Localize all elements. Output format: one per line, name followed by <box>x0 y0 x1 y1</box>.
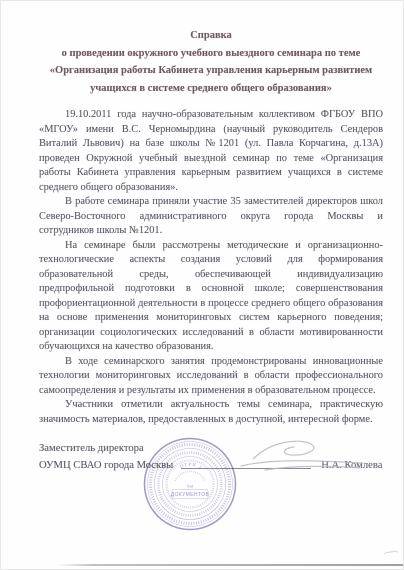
handwritten-signature <box>237 435 369 477</box>
title-line-4: учащихся в системе среднего общего образ… <box>39 80 383 98</box>
scanned-document-page: Справка о проведении окружного учебного … <box>0 0 404 570</box>
paragraph-topics: На семинаре были рассмотрены методически… <box>39 239 383 355</box>
official-round-stamp: ОГРН 1 для ДОКУМЕНТОВ <box>137 431 243 537</box>
stamp-seal-icon: ОГРН 1 для ДОКУМЕНТОВ <box>137 431 243 537</box>
signature-ink-icon <box>237 435 369 477</box>
document-body: 19.10.2011 года научно-образовательным к… <box>39 108 383 427</box>
stamp-center-label-small: для <box>187 484 193 489</box>
paragraph-seminar-held: 19.10.2011 года научно-образовательным к… <box>39 108 383 195</box>
scan-page-edge-line <box>57 564 403 566</box>
scan-smudge-mark <box>383 544 399 552</box>
title-line-3: «Организация работы Кабинета управления … <box>39 62 383 80</box>
stamp-center-label: ДОКУМЕНТОВ <box>171 492 210 498</box>
paragraph-demonstrations: В ходе семинарского занятия продемонстри… <box>39 355 383 399</box>
document-content: Справка о проведении окружного учебного … <box>1 1 403 471</box>
title-line-2: о проведении окружного учебного выездног… <box>39 45 383 63</box>
title-line-1: Справка <box>39 27 383 45</box>
paragraph-feedback: Участники отметили актуальность темы сем… <box>39 398 383 427</box>
document-title: Справка о проведении окружного учебного … <box>39 27 383 97</box>
paragraph-participants: В работе семинара приняли участие 35 зам… <box>39 195 383 239</box>
